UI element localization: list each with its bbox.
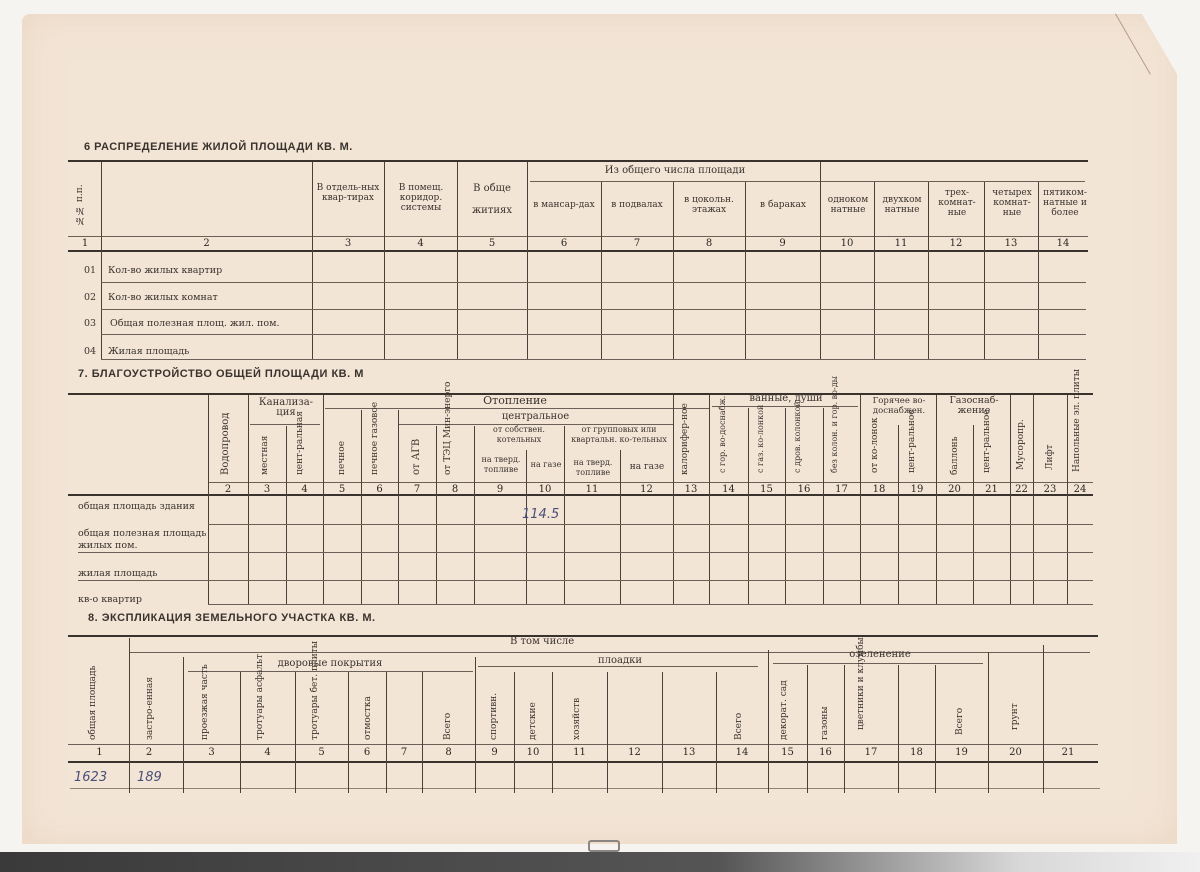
rule [101,334,1086,335]
group-header: Горячее во-доснабжен. [862,396,936,416]
col-divider [709,395,710,605]
group-header: Канализа-ция [250,398,322,418]
col-header: с гор. во-доснабж. [718,418,728,473]
col-header: Водопровод [221,410,231,475]
rule [68,744,1098,745]
col-header: Всего [443,705,453,740]
col-divider [1067,395,1068,605]
rule [773,663,983,664]
col-header: печное [337,435,347,475]
col-divider [898,425,899,605]
col-number: 11 [874,238,928,249]
col-number: 9 [475,747,514,758]
col-header: на тверд. топливе [476,455,526,475]
col-divider [384,162,385,360]
col-number: 8 [673,238,745,249]
col-header: Всего [955,690,965,735]
rule [101,359,1086,360]
col-number: 3 [312,238,384,249]
row-code: 03 [84,318,96,329]
col-divider [1043,645,1044,793]
col-divider [898,665,899,793]
col-number: 6 [527,238,601,249]
section-8-title: 8. ЭКСПЛИКАЦИЯ ЗЕМЕЛЬНОГО УЧАСТКА КВ. М. [88,612,376,624]
rule [68,236,1088,237]
col-header: детские [528,695,538,740]
col-divider [527,162,528,360]
col-header: цент-ральное [907,428,917,473]
group-header: центральное [398,412,673,422]
section-6-title: 6 РАСПРЕДЕЛЕНИЕ ЖИЛОЙ ПЛОЩАДИ КВ. М. [84,141,353,153]
col-header: цент-ральное [982,428,992,473]
rule [101,309,1086,310]
col-number: 4 [384,238,457,249]
col-number: 12 [928,238,984,249]
row-label: общая площадь здания [78,501,203,513]
col-number: 12 [607,747,662,758]
rule [78,552,1093,553]
col-number: 9 [745,238,820,249]
row-label: Жилая площадь [108,346,189,357]
rule [70,788,1100,789]
col-header: отмостка [363,690,373,740]
col-header: от ТЭЦ Мин-энерго [443,430,453,475]
col-number: 21 [1043,747,1093,758]
col-number: 16 [785,484,823,495]
col-header: В помещ. коридор. системы [386,183,456,213]
col-divider [312,162,313,360]
col-number: 1 [70,238,100,249]
col-divider [398,410,399,605]
col-header: в цокольн. этажах [675,195,743,215]
col-number: 23 [1033,484,1067,495]
col-divider [422,672,423,793]
row-code: 01 [84,265,96,276]
group-header: озеленение [770,650,990,660]
rule [208,604,1093,605]
col-number: 20 [936,484,973,495]
group-header: Отопление [325,396,705,406]
col-header: на газе [622,462,672,472]
col-divider [457,162,458,360]
col-divider [436,426,437,605]
col-number: 4 [240,747,295,758]
col-header: цветники и клумбы [856,670,866,730]
col-divider [323,395,324,605]
col-number: 14 [709,484,748,495]
col-header: от ко-лонок [870,428,880,473]
col-number: 13 [662,747,716,758]
col-header: хозяйств [572,685,582,740]
col-header: на газе [528,460,564,470]
rule [68,250,1088,252]
rule [530,181,1085,182]
col-divider [716,672,717,793]
col-divider [748,408,749,605]
col-number: 10 [526,484,564,495]
col-divider [673,395,674,605]
col-header: Лифт [1045,430,1055,470]
col-number: 1 [70,747,129,758]
col-header: от АГВ [412,440,422,475]
group-header: дворовые покрытия [185,659,475,669]
section-7-title: 7. БЛАГОУСТРОЙСТВО ОБЩЕЙ ПЛОЩАДИ КВ. М [78,368,364,380]
rule [208,482,1093,483]
col-header: тротуары асфальт [255,685,265,740]
col-divider [248,395,249,605]
col-divider [785,408,786,605]
col-number: 11 [564,484,620,495]
col-number: 11 [552,747,607,758]
col-divider [807,665,808,793]
col-header: без колон. и гор. во-ды [830,418,840,473]
col-divider [1010,395,1011,605]
col-header: грунт [1010,695,1020,730]
col-number: 14 [1038,238,1088,249]
col-number: 7 [386,747,422,758]
col-number: 16 [807,747,844,758]
col-number: 8 [422,747,475,758]
rule [478,666,758,667]
col-header: с газ. ко-лонкой [756,418,766,473]
col-header: общая площадь [88,680,98,740]
rule [101,282,1086,283]
col-divider [768,650,769,793]
col-header: застро-енная [145,680,155,740]
total-area-value: 1623 [74,770,107,785]
col-number: 2 [129,747,169,758]
col-divider [860,395,861,605]
col-divider [129,638,130,793]
col-divider [620,450,621,605]
rule [188,671,473,672]
group-header: от групповых или квартальн. ко-тельных [566,425,672,445]
col-number: 18 [898,747,935,758]
col-number: 7 [601,238,673,249]
col-header: двухком натные [876,195,928,215]
row-code: 04 [84,346,96,357]
col-number: 5 [323,484,361,495]
group-header: от собствен. котельных [474,425,564,445]
col-number: 22 [1010,484,1033,495]
col-divider [240,672,241,793]
col-number: 10 [820,238,874,249]
col-number: 17 [823,484,860,495]
col-divider [607,672,608,793]
row-label: Общая полезная площ. жил. пом. [110,318,279,329]
col-number: 20 [988,747,1043,758]
col-number: 13 [984,238,1038,249]
col-number: 15 [768,747,807,758]
col-divider [386,672,387,793]
rule [78,580,1093,581]
col-number: 4 [286,484,323,495]
col-divider [361,410,362,605]
col-header: местная [260,430,270,475]
col-header: декорат. сад [779,690,789,740]
col-divider [823,408,824,605]
rule [208,524,1093,525]
col-header: в мансар-дах [529,200,599,210]
col-divider [101,162,102,360]
col-header: В обще житиях [459,178,525,222]
col-header: Мусоропр. [1016,405,1026,470]
handwritten-value: 114.5 [522,507,559,522]
col-number: 9 [474,484,526,495]
col-number: 5 [295,747,348,758]
col-divider [564,426,565,605]
group-header: плоадки [475,656,765,666]
col-header: №№ п.п. [75,185,85,225]
col-number: 2 [101,238,312,249]
col-number: 19 [935,747,988,758]
col-header: тротуары бет. плиты [310,680,320,740]
scanner-edge [0,852,1200,872]
col-header: четырех комнат-ные [986,188,1038,218]
col-divider [474,426,475,605]
col-number: 6 [348,747,386,758]
row-label: общая полезная площадь жилых пом. [78,528,213,552]
col-divider [208,395,209,605]
col-header: Всего [734,700,744,740]
rule [68,761,1098,763]
col-number: 19 [898,484,936,495]
col-header: с дров. колонкой [793,418,803,473]
group-header: Из общего числа площади [530,166,820,176]
col-header: в бараках [747,200,819,210]
col-header: цент-ральная [295,430,305,475]
col-header: одноком натные [822,195,874,215]
rule [68,393,1093,395]
col-divider [552,672,553,793]
col-header: печное газовое [370,425,380,475]
col-divider [1033,395,1034,605]
col-header: газоны [820,690,830,740]
group-header: В том числе [510,637,650,647]
col-number: 8 [436,484,474,495]
col-divider [295,672,296,793]
row-label: Кол-во жилых квартир [108,265,222,276]
col-divider [183,657,184,793]
rule [68,160,1088,162]
row-label: Кол-во жилых комнат [108,292,218,303]
col-number: 7 [398,484,436,495]
col-divider [973,425,974,605]
col-divider [820,162,821,360]
col-header: проезжая часть [200,685,210,740]
col-header: трех-комнат-ные [930,188,984,218]
col-number: 15 [748,484,785,495]
col-divider [936,395,937,605]
col-header: Напольные эл. плиты [1072,400,1082,472]
col-divider [514,672,515,793]
col-number: 17 [844,747,898,758]
col-divider [935,665,936,793]
col-header: пятиком-натные и более [1040,188,1090,218]
rule [325,408,710,409]
col-number: 13 [673,484,709,495]
col-number: 14 [716,747,768,758]
col-number: 6 [361,484,398,495]
col-divider [988,652,989,793]
col-number: 3 [248,484,286,495]
col-header: В отдель-ных квар-тирах [314,183,382,203]
col-header: баллонь [950,430,960,475]
col-divider [662,672,663,793]
col-divider [844,665,845,793]
col-header: калорифер-ное [680,405,690,475]
col-number: 12 [620,484,673,495]
staple-mark [588,840,620,852]
col-number: 2 [208,484,248,495]
col-header: на тверд. топливе [566,458,620,478]
col-number: 18 [860,484,898,495]
col-header: спортивн. [489,690,499,740]
col-number: 10 [514,747,552,758]
group-header: Газоснаб-жение [938,396,1010,416]
row-label: кв-о квартир [78,594,142,605]
col-divider [475,657,476,793]
row-code: 02 [84,292,96,303]
col-header: в подвалах [603,200,671,210]
built-area-value: 189 [137,770,162,785]
col-number: 21 [973,484,1010,495]
col-number: 3 [183,747,240,758]
row-label: жилая площадь [78,568,157,579]
col-divider [526,450,527,605]
rule [250,424,320,425]
col-divider [286,426,287,605]
col-number: 24 [1067,484,1093,495]
col-divider [348,672,349,793]
col-number: 5 [457,238,527,249]
